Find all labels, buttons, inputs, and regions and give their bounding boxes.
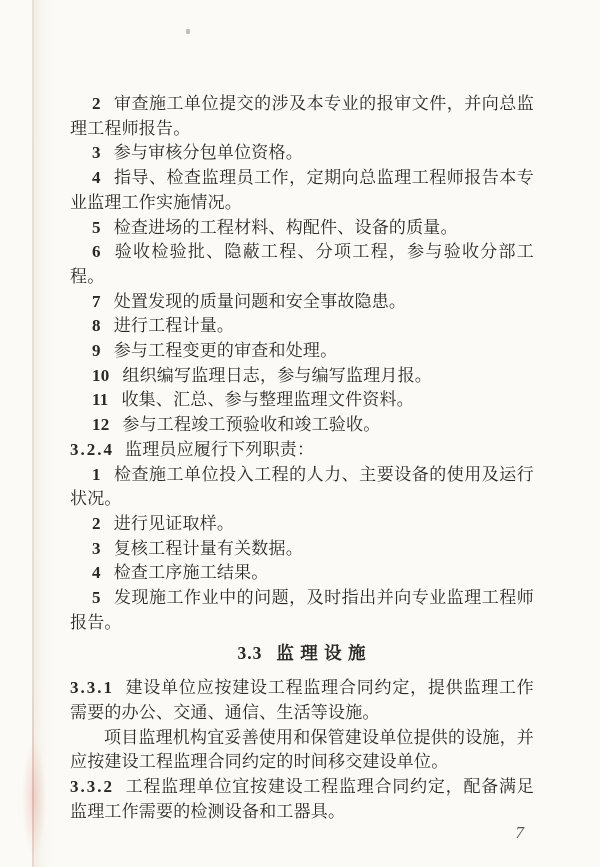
item-number: 10	[92, 366, 109, 385]
clause-number: 3.2.4	[70, 440, 114, 459]
paragraph-text: 审查施工单位提交的涉及本专业的报审文件，并向总监理工程师报告。	[70, 94, 534, 138]
item-number: 3	[92, 539, 101, 558]
list-item-paragraph: 3参与审核分包单位资格。	[70, 141, 534, 166]
page-gutter-shadow	[34, 0, 56, 867]
list-item-paragraph: 2审查施工单位提交的涉及本专业的报审文件，并向总监理工程师报告。	[70, 92, 534, 141]
list-item-paragraph: 5发现施工作业中的问题，及时指出并向专业监理工程师报告。	[70, 586, 534, 635]
item-number: 12	[92, 415, 109, 434]
list-item-paragraph: 1检查施工单位投入工程的人力、主要设备的使用及运行状况。	[70, 463, 534, 512]
item-number: 1	[92, 465, 101, 484]
paragraph-text: 项目监理机构宜妥善使用和保管建设单位提供的设施，并应按建设工程监理合同约定的时间…	[70, 728, 534, 772]
paragraph-text: 参与审核分包单位资格。	[114, 143, 303, 162]
clause-paragraph: 3.3.1建设单位应按建设工程监理合同约定，提供监理工作需要的办公、交通、通信、…	[70, 676, 534, 725]
paragraph-text: 进行见证取样。	[114, 514, 234, 533]
clause-paragraph: 3.3.2工程监理单位宜按建设工程监理合同约定，配备满足监理工作需要的检测设备和…	[70, 775, 534, 824]
paragraph-text: 处置发现的质量问题和安全事故隐患。	[114, 292, 406, 311]
section-title: 监 理 设 施	[276, 643, 366, 663]
list-item-paragraph: 10组织编写监理日志，参与编写监理月报。	[70, 364, 534, 389]
paragraph-text: 检查工序施工结果。	[114, 563, 269, 582]
item-number: 11	[92, 390, 108, 409]
paragraph-text: 复核工程计量有关数据。	[114, 539, 303, 558]
item-number: 5	[92, 588, 101, 607]
page-number: 7	[516, 823, 525, 843]
paragraph-text: 检查施工单位投入工程的人力、主要设备的使用及运行状况。	[70, 465, 534, 509]
paragraph-text: 进行工程计量。	[114, 316, 234, 335]
scanned-document-page: 2审查施工单位提交的涉及本专业的报审文件，并向总监理工程师报告。3参与审核分包单…	[0, 0, 600, 867]
item-number: 2	[92, 94, 101, 113]
paragraph-text: 检查进场的工程材料、构配件、设备的质量。	[114, 218, 458, 237]
paragraph-text: 验收检验批、隐蔽工程、分项工程，参与验收分部工程。	[70, 242, 534, 286]
clause-number: 3.3.1	[70, 678, 114, 697]
paragraph-text: 参与工程竣工预验收和竣工验收。	[122, 415, 380, 434]
list-item-paragraph: 2进行见证取样。	[70, 512, 534, 537]
paragraph-text: 指导、检查监理员工作，定期向总监理工程师报告本专业监理工作实施情况。	[70, 168, 534, 212]
list-item-paragraph: 12参与工程竣工预验收和竣工验收。	[70, 413, 534, 438]
item-number: 6	[92, 242, 101, 261]
clause-paragraph: 3.2.4监理员应履行下列职责：	[70, 438, 534, 463]
item-number: 4	[92, 168, 101, 187]
item-number: 3	[92, 143, 101, 162]
document-body: 2审查施工单位提交的涉及本专业的报审文件，并向总监理工程师报告。3参与审核分包单…	[70, 92, 534, 824]
item-number: 4	[92, 563, 101, 582]
list-item-paragraph: 4检查工序施工结果。	[70, 561, 534, 586]
paragraph-text: 建设单位应按建设工程监理合同约定，提供监理工作需要的办公、交通、通信、生活等设施…	[70, 678, 534, 722]
scan-smudge	[22, 742, 46, 854]
item-number: 7	[92, 292, 101, 311]
clause-number: 3.3.2	[70, 777, 114, 796]
paragraph-text: 收集、汇总、参与整理监理文件资料。	[121, 390, 413, 409]
paragraph-text: 组织编写监理日志，参与编写监理月报。	[122, 366, 432, 385]
paragraph-text: 工程监理单位宜按建设工程监理合同约定，配备满足监理工作需要的检测设备和工器具。	[70, 777, 534, 821]
list-item-paragraph: 7处置发现的质量问题和安全事故隐患。	[70, 290, 534, 315]
list-item-paragraph: 6验收检验批、隐蔽工程、分项工程，参与验收分部工程。	[70, 240, 534, 289]
paragraph-text: 发现施工作业中的问题，及时指出并向专业监理工程师报告。	[70, 588, 534, 632]
list-item-paragraph: 4指导、检查监理员工作，定期向总监理工程师报告本专业监理工作实施情况。	[70, 166, 534, 215]
item-number: 8	[92, 316, 101, 335]
item-number: 2	[92, 514, 101, 533]
paragraph-text: 监理员应履行下列职责：	[125, 440, 314, 459]
list-item-paragraph: 9参与工程变更的审查和处理。	[70, 339, 534, 364]
scan-speck	[186, 29, 190, 34]
page-gutter-line	[32, 0, 34, 867]
body-paragraph: 项目监理机构宜妥善使用和保管建设单位提供的设施，并应按建设工程监理合同约定的时间…	[70, 726, 534, 775]
item-number: 9	[92, 341, 101, 360]
section-heading: 3.3监 理 设 施	[70, 641, 534, 666]
paragraph-text: 参与工程变更的审查和处理。	[114, 341, 338, 360]
list-item-paragraph: 11收集、汇总、参与整理监理文件资料。	[70, 388, 534, 413]
list-item-paragraph: 3复核工程计量有关数据。	[70, 537, 534, 562]
list-item-paragraph: 5检查进场的工程材料、构配件、设备的质量。	[70, 216, 534, 241]
list-item-paragraph: 8进行工程计量。	[70, 314, 534, 339]
item-number: 5	[92, 218, 101, 237]
section-number: 3.3	[238, 643, 263, 663]
